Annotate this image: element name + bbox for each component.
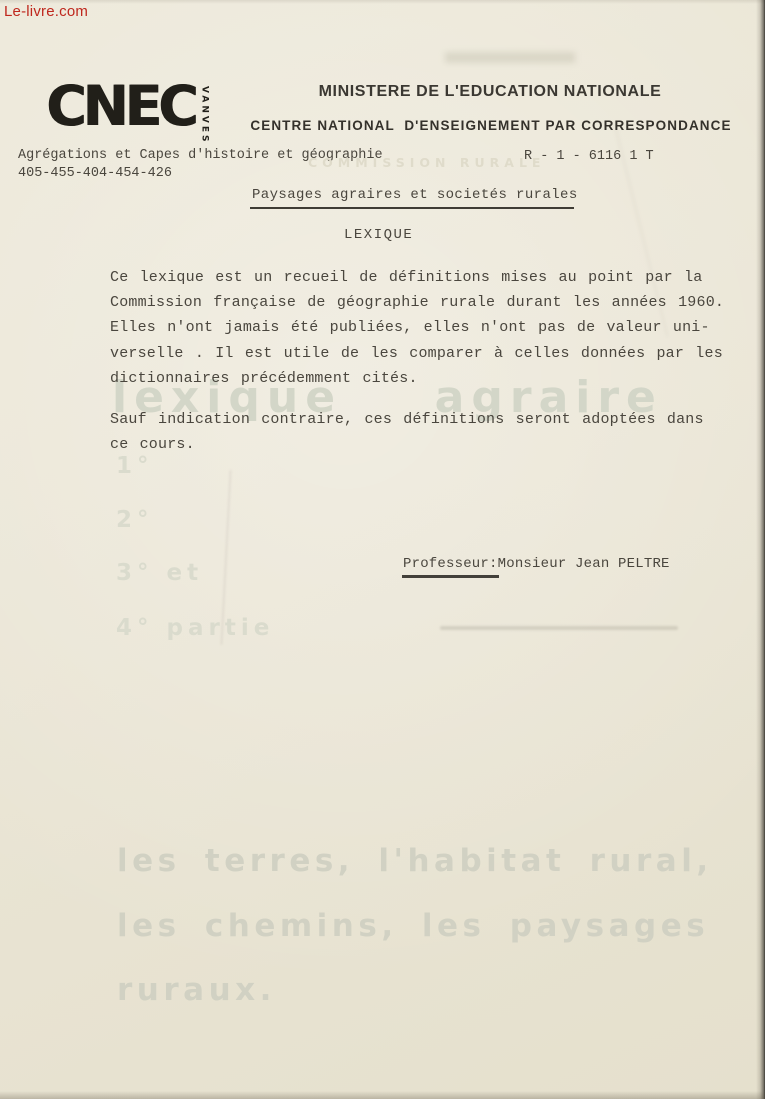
paragraph-line: Commission française de géographie rural…: [110, 290, 724, 315]
professor-signature-line: Professeur:Monsieur Jean PELTRE: [403, 556, 670, 572]
document-title: Paysages agraires et societés rurales: [252, 187, 578, 203]
scan-smudge: [440, 626, 678, 630]
show-through-bottom-line-1: les terres, l'habitat rural,: [117, 843, 713, 879]
scan-smudge: [445, 52, 575, 63]
paragraph-line: Ce lexique est un recueil de définitions…: [110, 265, 724, 290]
show-through-bottom-line-3: ruraux.: [117, 972, 276, 1008]
ministry-title: MINISTERE DE L'EDUCATION NATIONALE: [250, 83, 730, 101]
signature-underline: [402, 575, 499, 578]
page-edge-shadow-top: [0, 0, 765, 4]
paragraph-line: verselle . Il est utile de les comparer …: [110, 341, 724, 366]
course-codes: 405-455-404-454-426: [18, 166, 172, 181]
paragraph-line: Sauf indication contraire, ces définitio…: [110, 407, 704, 432]
site-watermark: Le-livre.com: [4, 3, 88, 20]
paragraph-1: Ce lexique est un recueil de définitions…: [110, 265, 724, 391]
show-through-part-3: 3° et: [116, 560, 203, 586]
scanned-document-page: COMMISSION RURALE lexique agraire 1° 2° …: [0, 0, 765, 1099]
page-edge-shadow-right: [756, 0, 765, 1099]
center-title: CENTRE NATIONAL D'ENSEIGNEMENT PAR CORRE…: [243, 118, 739, 133]
show-through-part-2: 2°: [116, 507, 154, 533]
page-edge-shadow-bottom: [0, 1091, 765, 1099]
section-heading-lexique: LEXIQUE: [344, 227, 413, 243]
cnec-logo-city-label: VANVES: [199, 86, 209, 144]
show-through-part-4: 4° partie: [116, 615, 274, 641]
show-through-commission: COMMISSION RURALE: [308, 155, 545, 170]
paragraph-line: ce cours.: [110, 432, 704, 457]
paragraph-line: Elles n'ont jamais été publiées, elles n…: [110, 315, 724, 340]
show-through-bottom-line-2: les chemins, les paysages: [117, 908, 709, 944]
paragraph-2: Sauf indication contraire, ces définitio…: [110, 407, 704, 457]
cnec-logo-text: CNEC: [46, 78, 194, 134]
title-underline: [250, 207, 574, 209]
cnec-logo: CNEC VANVES: [46, 78, 209, 144]
paragraph-line: dictionnaires précédemment cités.: [110, 366, 724, 391]
